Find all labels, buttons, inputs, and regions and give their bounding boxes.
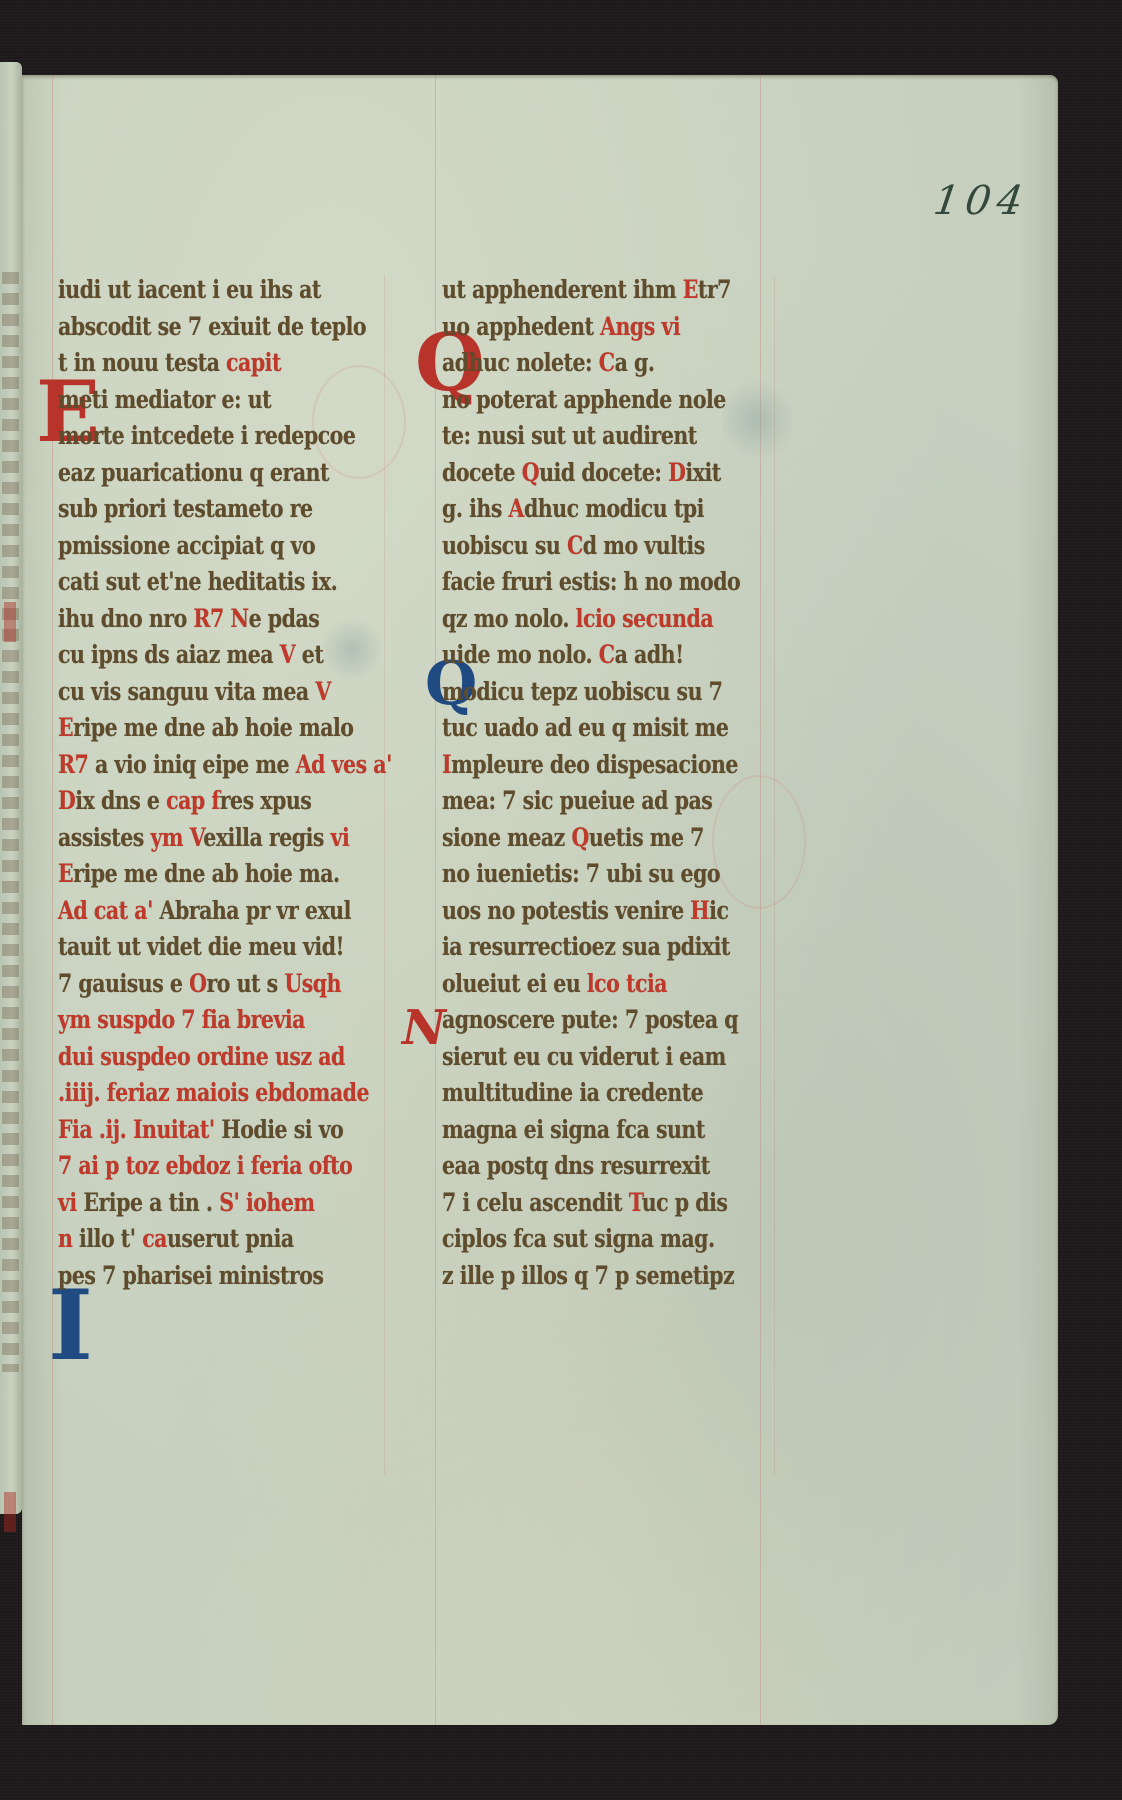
rubric-text: vi: [331, 823, 350, 852]
text-line: 7 i celu ascendit Tuc p dis: [442, 1185, 721, 1222]
text-line: pmissione accipiat q vo: [58, 528, 329, 565]
text-line: dui suspdeo ordine usz ad: [58, 1039, 329, 1076]
text-line: te: nusi sut ut audirent: [442, 418, 721, 455]
folio-number: 104: [931, 178, 1032, 224]
text-line: uos no potestis venire Hic: [442, 893, 721, 930]
rubric-text: C: [567, 531, 583, 560]
body-text: ixit: [685, 458, 720, 487]
text-line: no poterat apphende nole: [442, 382, 721, 419]
rubric-text: C: [599, 348, 615, 377]
text-line: ia resurrectioez sua pdixit: [442, 929, 721, 966]
ruling-line: [52, 75, 53, 1725]
rubric-text: C: [599, 640, 615, 669]
text-line: adhuc nolete: Ca g.: [442, 345, 721, 382]
text-line: R7 a vio iniq eipe me Ad ves a': [58, 747, 329, 784]
previous-folio-rubric: [4, 602, 16, 642]
body-text: dhuc modicu tpi: [524, 494, 704, 523]
body-text: a g.: [615, 348, 655, 377]
text-line: mea: 7 sic pueiue ad pas: [442, 783, 721, 820]
text-line: eaa postq dns resurrexit: [442, 1148, 721, 1185]
body-text: mpleure deo dispesacione: [451, 750, 738, 779]
text-line: olueiut ei eu lco tcia: [442, 966, 721, 1003]
text-line: qz mo nolo. lcio secunda: [442, 601, 721, 638]
body-text: eaa postq dns resurrexit: [442, 1151, 710, 1180]
text-line: ihu dno nro R7 Ne pdas: [58, 601, 329, 638]
text-line: iudi ut iacent i eu ihs at: [58, 272, 329, 309]
body-text: adhuc nolete:: [442, 348, 599, 377]
text-line: g. ihs Adhuc modicu tpi: [442, 491, 721, 528]
rubric-text: ca: [142, 1224, 167, 1253]
body-text: ihu dno nro: [58, 604, 193, 633]
rubric-text: Q: [571, 823, 588, 852]
body-text: docete: [442, 458, 522, 487]
body-text: uide mo nolo.: [442, 640, 599, 669]
body-text: ic: [709, 896, 728, 925]
body-text: ut apphenderent ihm: [442, 275, 683, 304]
text-line: agnoscere pute: 7 postea q: [442, 1002, 721, 1039]
body-text: 7 i celu ascendit: [442, 1188, 629, 1217]
body-text: cu vis sanguu vita mea: [58, 677, 315, 706]
previous-folio-text: [2, 272, 19, 1372]
rubric-text: R7: [58, 750, 95, 779]
body-text: modicu tepz uobiscu su 7: [442, 677, 722, 706]
text-line: no iuenietis: 7 ubi su ego: [442, 856, 721, 893]
rubric-text: V: [315, 677, 330, 706]
rubric-text: D: [668, 458, 685, 487]
rubric-text: Angs vi: [600, 312, 680, 341]
rubric-text: E: [58, 713, 73, 742]
text-line: sierut eu cu viderut i eam: [442, 1039, 721, 1076]
body-text: uos no potestis venire: [442, 896, 690, 925]
text-line: pes 7 pharisei ministros: [58, 1258, 329, 1295]
rubric-text: capit: [226, 348, 281, 377]
text-column-right: ut apphenderent ihm Etr7 uo apphedent An…: [442, 272, 782, 1294]
text-line: facie fruri estis: h no modo: [442, 564, 721, 601]
text-line: docete Quid docete: Dixit: [442, 455, 721, 492]
rubric-text: E: [683, 275, 698, 304]
rubric-text: Q: [522, 458, 539, 487]
rubric-text: V: [190, 823, 204, 852]
body-text: ro ut s: [206, 969, 284, 998]
body-text: cati sut et'ne heditatis ix.: [58, 567, 337, 596]
rubric-text: dui suspdeo ordine usz ad: [58, 1042, 345, 1071]
body-text: res xpus: [220, 786, 312, 815]
body-text: illo t': [72, 1224, 142, 1253]
text-line: Impleure deo dispesacione: [442, 747, 721, 784]
text-line: t in nouu testa capit: [58, 345, 329, 382]
body-text: tuc uado ad eu q misit me: [442, 713, 728, 742]
body-text: uid docete:: [539, 458, 668, 487]
body-text: ripe me dne ab hoie ma.: [73, 859, 339, 888]
body-text: t in nouu testa: [58, 348, 226, 377]
body-text: a vio iniq eipe me: [95, 750, 296, 779]
text-line: ym suspdo 7 fia brevia: [58, 1002, 329, 1039]
rubric-text: Fia .ij. Inuitat': [58, 1115, 221, 1144]
body-text: Hodie si vo: [221, 1115, 343, 1144]
body-text: uc p dis: [642, 1188, 728, 1217]
body-text: tr7: [698, 275, 731, 304]
text-line: tuc uado ad eu q misit me: [442, 710, 721, 747]
text-line: assistes ym Vexilla regis vi: [58, 820, 329, 857]
text-line: sione meaz Quetis me 7: [442, 820, 721, 857]
text-line: eaz puaricationu q erant: [58, 455, 329, 492]
body-text: et: [295, 640, 323, 669]
text-line: 7 gauisus e Oro ut s Usqh: [58, 966, 329, 1003]
body-text: d mo vultis: [583, 531, 705, 560]
text-line: z ille p illos q 7 p semetipz: [442, 1258, 721, 1295]
body-text: magna ei signa fca sunt: [442, 1115, 705, 1144]
text-line: cati sut et'ne heditatis ix.: [58, 564, 329, 601]
body-text: meti mediator e: ut: [58, 385, 271, 414]
rubric-text: S' iohem: [213, 1188, 315, 1217]
body-text: exilla regis: [203, 823, 330, 852]
text-line: uobiscu su Cd mo vultis: [442, 528, 721, 565]
text-line: cu vis sanguu vita mea V: [58, 674, 329, 711]
rubric-text: T: [629, 1188, 642, 1217]
body-text: assistes: [58, 823, 150, 852]
rubric-text: 7 ai p toz ebdoz i feria ofto: [58, 1151, 352, 1180]
rubric-text: V: [280, 640, 295, 669]
body-text: userut pnia: [167, 1224, 294, 1253]
body-text: Abraha pr vr exul: [160, 896, 351, 925]
body-text: facie fruri estis: h no modo: [442, 567, 740, 596]
body-text: no iuenietis: 7 ubi su ego: [442, 859, 720, 888]
text-line: Ad cat a' Abraha pr vr exul: [58, 893, 329, 930]
rubric-text: E: [58, 859, 73, 888]
text-line: ut apphenderent ihm Etr7: [442, 272, 721, 309]
rubric-text: n: [58, 1224, 72, 1253]
rubric-text: A: [509, 494, 524, 523]
body-text: iudi ut iacent i eu ihs at: [58, 275, 321, 304]
body-text: te: nusi sut ut audirent: [442, 421, 697, 450]
text-line: magna ei signa fca sunt: [442, 1112, 721, 1149]
rubric-text: lco tcia: [587, 969, 667, 998]
body-text: uobiscu su: [442, 531, 567, 560]
body-text: eaz puaricationu q erant: [58, 458, 329, 487]
text-line: Eripe me dne ab hoie malo: [58, 710, 329, 747]
body-text: sierut eu cu viderut i eam: [442, 1042, 726, 1071]
rubric-text: ym suspdo 7 fia brevia: [58, 1005, 305, 1034]
body-text: abscodit se 7 exiuit de teplo: [58, 312, 366, 341]
rubric-text: I: [442, 750, 451, 779]
text-line: Dix dns e cap fres xpus: [58, 783, 329, 820]
rubric-text: Ad cat a': [58, 896, 160, 925]
body-text: Eripe a tin .: [83, 1188, 212, 1217]
text-column-left: iudi ut iacent i eu ihs atabscodit se 7 …: [58, 272, 388, 1294]
body-text: 7 gauisus e: [58, 969, 189, 998]
text-line: modicu tepz uobiscu su 7: [442, 674, 721, 711]
body-text: ciplos fca sut signa mag.: [442, 1224, 715, 1253]
body-text: agnoscere pute: 7 postea q: [442, 1005, 738, 1034]
body-text: multitudine ia credente: [442, 1078, 703, 1107]
body-text: morte intcedete i redepcoe: [58, 421, 355, 450]
rubric-text: .iiij. feriaz maiois ebdomade: [58, 1078, 369, 1107]
body-text: sione meaz: [442, 823, 571, 852]
text-line: ciplos fca sut signa mag.: [442, 1221, 721, 1258]
text-line: Fia .ij. Inuitat' Hodie si vo: [58, 1112, 329, 1149]
text-line: tauit ut videt die meu vid!: [58, 929, 329, 966]
body-text: uo apphedent: [442, 312, 600, 341]
text-line: multitudine ia credente: [442, 1075, 721, 1112]
text-line: Eripe me dne ab hoie ma.: [58, 856, 329, 893]
body-text: ix dns e: [75, 786, 166, 815]
body-text: pmissione accipiat q vo: [58, 531, 315, 560]
body-text: no poterat apphende nole: [442, 385, 726, 414]
body-text: cu ipns ds aiaz mea: [58, 640, 280, 669]
text-line: uide mo nolo. Ca adh!: [442, 637, 721, 674]
rubric-text: ym: [150, 823, 189, 852]
rubric-text: R7 N: [193, 604, 248, 633]
rubric-text: cap: [166, 786, 211, 815]
rubric-text: f: [211, 786, 219, 815]
rubric-text: lcio secunda: [576, 604, 713, 633]
body-text: ripe me dne ab hoie malo: [73, 713, 353, 742]
rubric-text: Usqh: [284, 969, 341, 998]
body-text: uetis me 7: [589, 823, 704, 852]
body-text: tauit ut videt die meu vid!: [58, 932, 344, 961]
previous-folio-rubric: [4, 1492, 16, 1532]
rubric-text: O: [189, 969, 206, 998]
text-line: abscodit se 7 exiuit de teplo: [58, 309, 329, 346]
rubric-text: H: [690, 896, 709, 925]
decorated-initial-n: N: [402, 1004, 446, 1052]
text-line: sub priori testameto re: [58, 491, 329, 528]
body-text: qz mo nolo.: [442, 604, 576, 633]
text-line: cu ipns ds aiaz mea V et: [58, 637, 329, 674]
body-text: olueiut ei eu: [442, 969, 587, 998]
text-line: .iiij. feriaz maiois ebdomade: [58, 1075, 329, 1112]
rubric-text: Ad ves a': [296, 750, 392, 779]
body-text: a adh!: [615, 640, 684, 669]
text-line: vi Eripe a tin . S' iohem: [58, 1185, 329, 1222]
body-text: sub priori testameto re: [58, 494, 313, 523]
rubric-text: vi: [58, 1188, 83, 1217]
body-text: e pdas: [249, 604, 320, 633]
body-text: ia resurrectioez sua pdixit: [442, 932, 730, 961]
rubric-text: D: [58, 786, 75, 815]
text-line: uo apphedent Angs vi: [442, 309, 721, 346]
text-line: morte intcedete i redepcoe: [58, 418, 329, 455]
text-line: meti mediator e: ut: [58, 382, 329, 419]
body-text: pes 7 pharisei ministros: [58, 1261, 323, 1290]
body-text: mea: 7 sic pueiue ad pas: [442, 786, 712, 815]
text-line: 7 ai p toz ebdoz i feria ofto: [58, 1148, 329, 1185]
text-line: n illo t' causerut pnia: [58, 1221, 329, 1258]
previous-folio-edge: [0, 62, 22, 1514]
body-text: g. ihs: [442, 494, 509, 523]
body-text: z ille p illos q 7 p semetipz: [442, 1261, 734, 1290]
